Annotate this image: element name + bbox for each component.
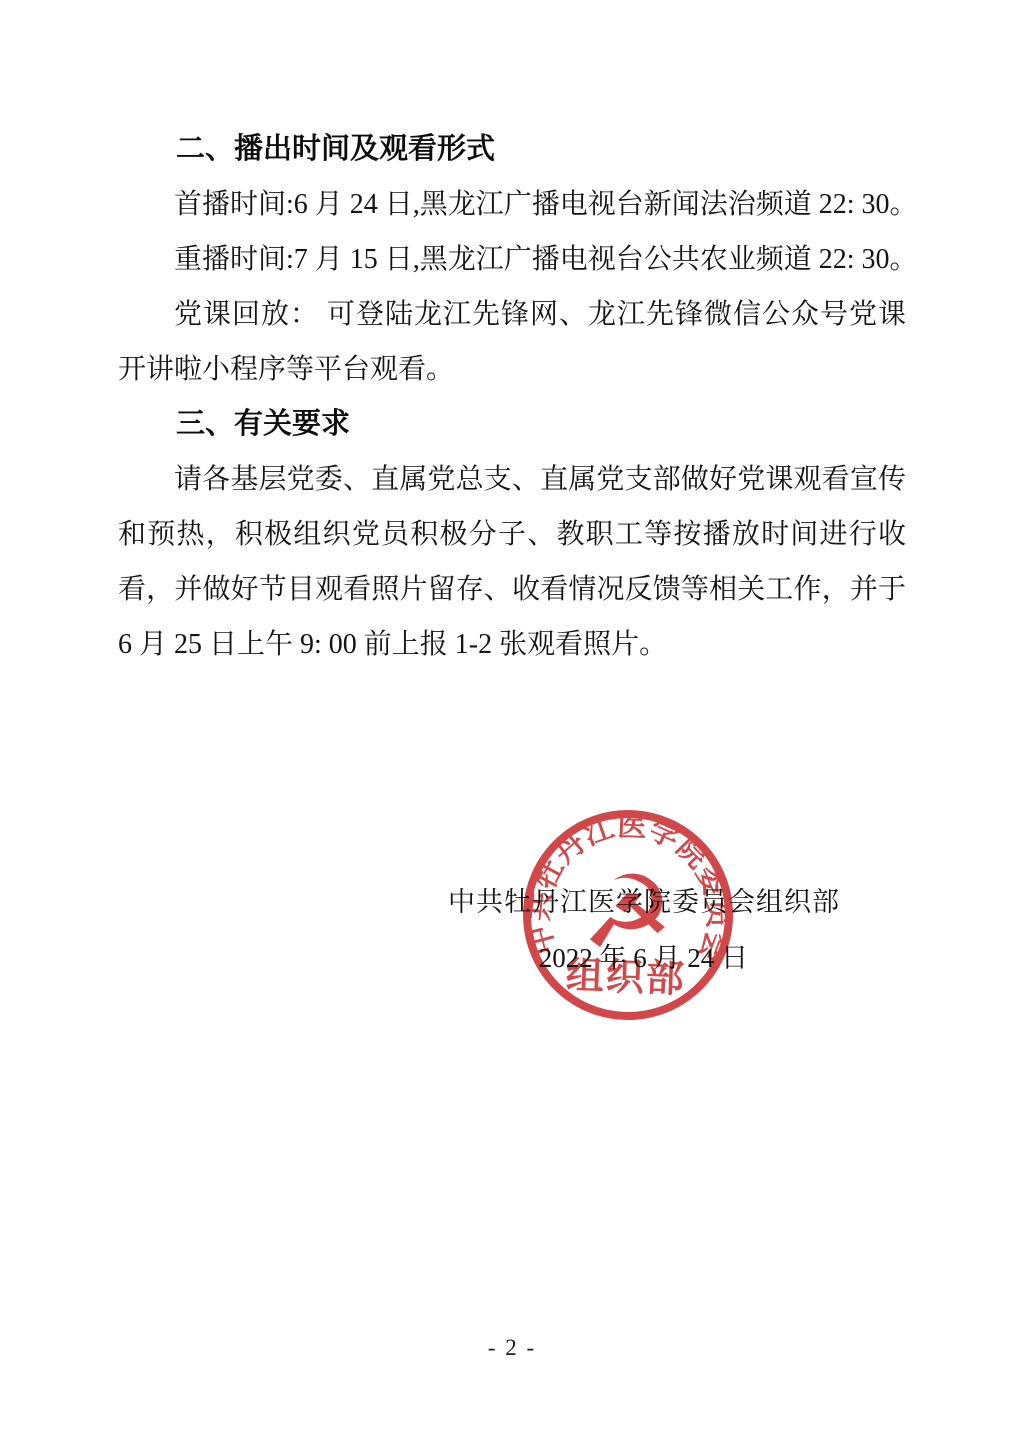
line-rebroadcast: 重播时间:7 月 15 日,黑龙江广播电视台公共农业频道 22: 30。 [118,232,906,287]
paragraph-requirements: 请各基层党委、直属党总支、直属党支部做好党课观看宣传和预热，积极组织党员积极分子… [118,452,906,672]
line-first-broadcast: 首播时间:6 月 24 日,黑龙江广播电视台新闻法治频道 22: 30。 [118,177,906,232]
section-heading-requirements: 三、有关要求 [118,397,906,452]
official-seal: 中共牡丹江医学院委员会 ☭ 组织部 [513,800,743,1030]
paragraph-replay-info: 党课回放： 可登陆龙江先锋网、龙江先锋微信公众号党课开讲啦小程序等平台观看。 [118,287,906,397]
document-body: 二、播出时间及观看形式 首播时间:6 月 24 日,黑龙江广播电视台新闻法治频道… [118,0,906,672]
document-page: 二、播出时间及观看形式 首播时间:6 月 24 日,黑龙江广播电视台新闻法治频道… [0,0,1024,1448]
section-heading-broadcast-time: 二、播出时间及观看形式 [118,122,906,177]
signature-block: 中共牡丹江医学院委员会组织部 2022 年 6 月 24 日 [0,882,1024,978]
page-number: - 2 - [0,1335,1024,1361]
signature-organization: 中共牡丹江医学院委员会组织部 [0,882,1024,922]
signature-date: 2022 年 6 月 24 日 [0,938,1024,978]
seal-bottom-text: 组织部 [565,955,686,1001]
